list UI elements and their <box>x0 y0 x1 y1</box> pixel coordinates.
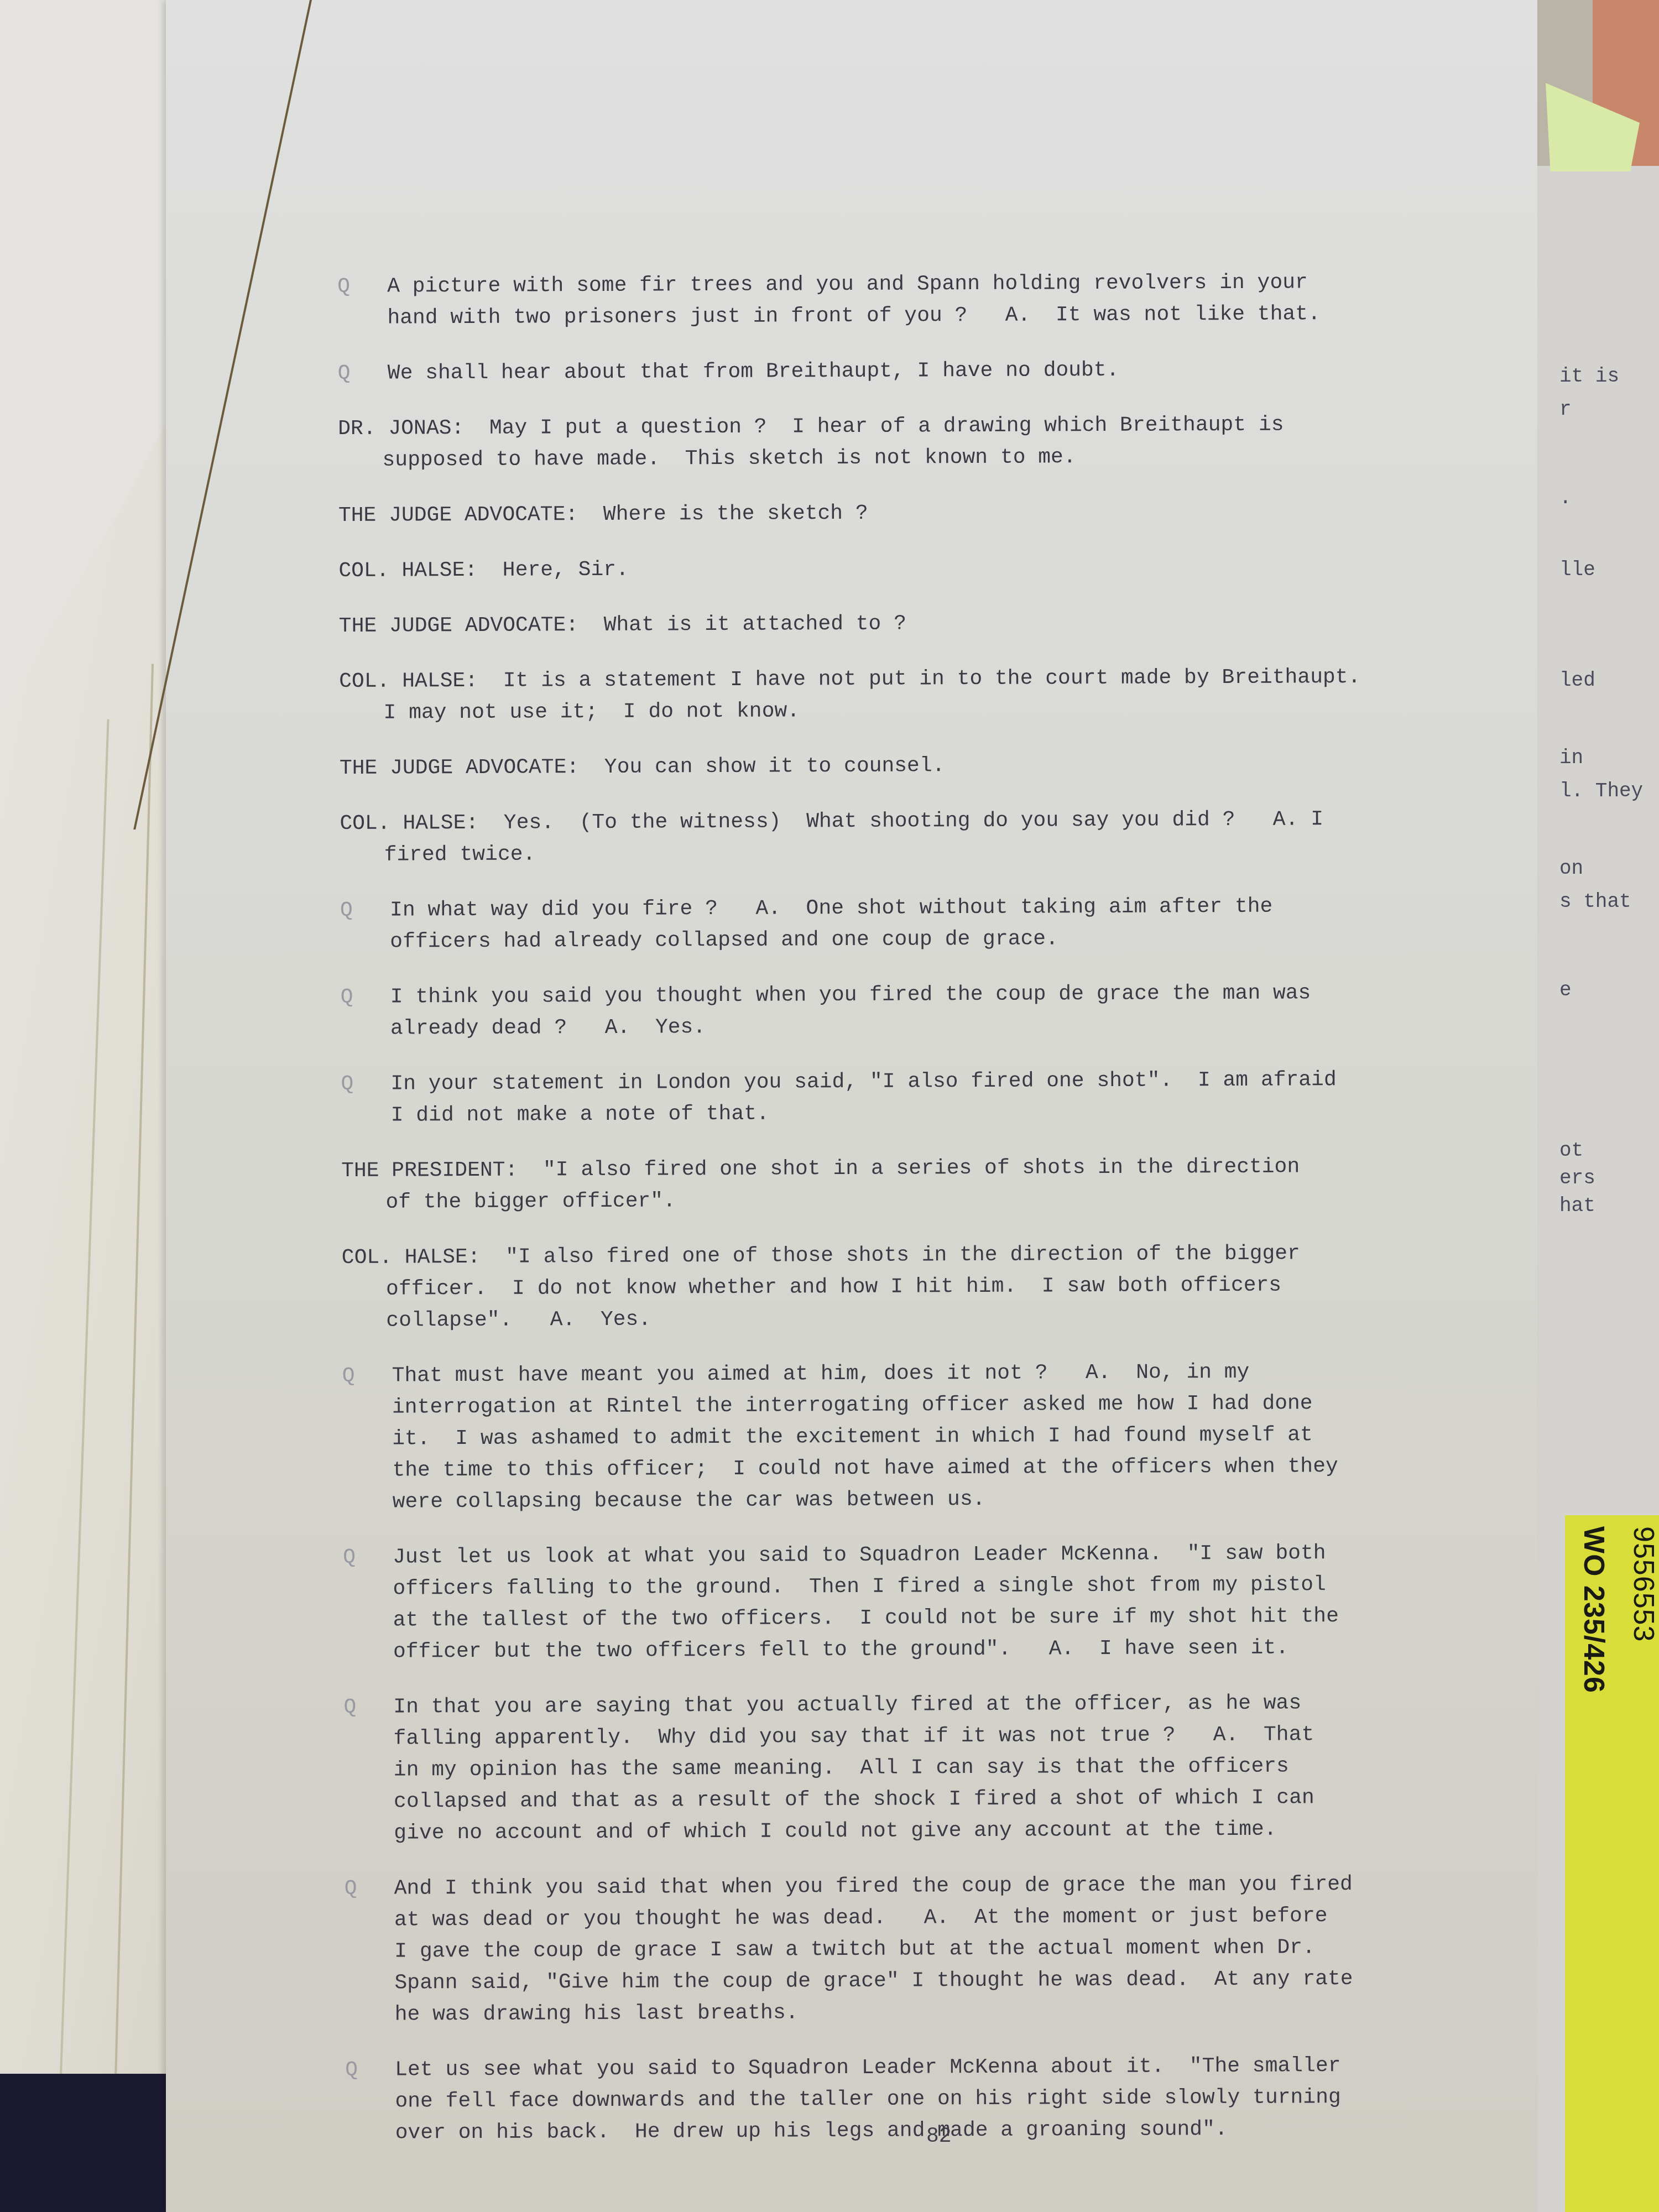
bleed-fragment: in <box>1559 747 1583 769</box>
transcript-line: COL. HALSE: It is a statement I have not… <box>339 661 1511 697</box>
speaker-entry: DR. JONAS: May I put a question ? I hear… <box>338 408 1510 476</box>
transcript-line: I did not make a note of that. <box>341 1095 1514 1131</box>
bleed-fragment: ot <box>1559 1139 1583 1162</box>
transcript-line: supposed to have made. This sketch is no… <box>338 440 1510 476</box>
speaker-entry: THE PRESIDENT: "I also fired one shot in… <box>341 1150 1514 1218</box>
speaker-entry: THE JUDGE ADVOCATE: You can show it to c… <box>340 748 1512 784</box>
question-entry: QIn your statement in London you said, "… <box>341 1063 1513 1131</box>
speaker-entry: THE JUDGE ADVOCATE: What is it attached … <box>339 606 1511 642</box>
transcript-line: the time to this officer; I could not ha… <box>342 1450 1515 1486</box>
question-marker: Q <box>345 1873 357 1905</box>
bleed-fragment: l. They <box>1559 780 1643 802</box>
transcript-line: Spann said, "Give him the coup de grace"… <box>345 1963 1517 1999</box>
transcript-line: of the bigger officer". <box>341 1182 1514 1218</box>
question-entry: QI think you said you thought when you f… <box>341 977 1513 1045</box>
question-entry: QAnd I think you said that when you fire… <box>345 1868 1517 2031</box>
transcript-line: Just let us look at what you said to Squ… <box>343 1537 1515 1573</box>
transcript-line: officer. I do not know whether and how I… <box>342 1269 1514 1305</box>
transcript-line: I think you said you thought when you fi… <box>341 977 1513 1013</box>
transcript-line: A picture with some fir trees and you an… <box>337 266 1510 302</box>
question-entry: QWe shall hear about that from Breithaup… <box>338 353 1510 389</box>
transcript-line: were collapsing because the car was betw… <box>343 1481 1515 1518</box>
transcript-line: already dead ? A. Yes. <box>341 1008 1513 1045</box>
question-entry: QIn what way did you fire ? A. One shot … <box>340 890 1512 958</box>
question-marker: Q <box>342 1360 355 1392</box>
transcript-line: In what way did you fire ? A. One shot w… <box>340 890 1512 926</box>
transcript-line: one fell face downwards and the taller o… <box>345 2081 1517 2117</box>
transcript-line: give no account and of which I could not… <box>344 1813 1516 1849</box>
question-marker: Q <box>345 2054 358 2086</box>
archive-reference-label: 9556553 WO 235/426 <box>1565 1515 1659 2212</box>
question-entry: QThat must have meant you aimed at him, … <box>342 1355 1515 1518</box>
question-marker: Q <box>337 271 350 302</box>
question-marker: Q <box>341 982 353 1013</box>
transcript-line: In that you are saying that you actually… <box>343 1687 1516 1723</box>
transcript-line: COL. HALSE: Yes. (To the witness) What s… <box>340 803 1512 839</box>
transcript-line: THE JUDGE ADVOCATE: What is it attached … <box>339 606 1511 642</box>
transcript-line: DR. JONAS: May I put a question ? I hear… <box>338 408 1510 445</box>
question-marker: Q <box>343 1692 356 1723</box>
transcript-line: We shall hear about that from Breithaupt… <box>338 353 1510 389</box>
transcript-line: collapse". A. Yes. <box>342 1300 1514 1337</box>
transcript-line: at the tallest of the two officers. I co… <box>343 1600 1516 1636</box>
bleed-fragment: s that <box>1559 890 1631 913</box>
page-number: 82 <box>926 2125 952 2148</box>
transcript-line: And I think you said that when you fired… <box>345 1868 1517 1905</box>
bleed-fragment: . <box>1559 487 1572 509</box>
transcript-line: falling apparently. Why did you say that… <box>343 1718 1516 1755</box>
bleed-fragment: e <box>1559 979 1572 1001</box>
transcript-line: in my opinion has the same meaning. All … <box>344 1750 1516 1786</box>
bleed-fragment: led <box>1559 669 1595 692</box>
transcript-line: THE JUDGE ADVOCATE: You can show it to c… <box>340 748 1512 784</box>
catalogue-reference: WO 235/426 <box>1577 1526 1610 1693</box>
transcript-line: it. I was ashamed to admit the excitemen… <box>342 1418 1515 1455</box>
speaker-entry: COL. HALSE: Here, Sir. <box>338 550 1511 587</box>
bleed-fragment: ers <box>1559 1167 1595 1190</box>
transcript-line: I gave the coup de grace I saw a twitch … <box>345 1931 1517 1968</box>
transcript-line: That must have meant you aimed at him, d… <box>342 1355 1515 1392</box>
transcript-line: THE JUDGE ADVOCATE: Where is the sketch … <box>338 495 1511 531</box>
bleed-fragment: hat <box>1559 1194 1595 1217</box>
transcript-line: hand with two prisoners just in front of… <box>337 298 1510 334</box>
transcript-line: he was drawing his last breaths. <box>345 1994 1517 2031</box>
transcript-line: officers had already collapsed and one c… <box>340 921 1512 958</box>
speaker-entry: THE JUDGE ADVOCATE: Where is the sketch … <box>338 495 1511 531</box>
transcript-line: interrogation at Rintel the interrogatin… <box>342 1387 1515 1423</box>
bleed-fragment: lle <box>1559 559 1595 581</box>
transcript-line: I may not use it; I do not know. <box>339 692 1511 729</box>
question-marker: Q <box>343 1542 356 1573</box>
question-marker: Q <box>340 895 353 926</box>
bleed-fragment: it is <box>1559 365 1619 388</box>
question-entry: QIn that you are saying that you actuall… <box>343 1687 1516 1849</box>
transcript-line: COL. HALSE: "I also fired one of those s… <box>342 1237 1514 1274</box>
transcript-line: COL. HALSE: Here, Sir. <box>338 550 1511 587</box>
transcript-line: officer but the two officers fell to the… <box>343 1631 1516 1668</box>
question-marker: Q <box>341 1068 353 1100</box>
transcript-line: In your statement in London you said, "I… <box>341 1063 1513 1100</box>
speaker-entry: COL. HALSE: Yes. (To the witness) What s… <box>340 803 1512 871</box>
bleed-fragment: r <box>1559 398 1572 421</box>
reference-number: 9556553 <box>1627 1526 1659 1642</box>
question-marker: Q <box>338 358 351 389</box>
dark-background <box>0 2074 188 2212</box>
transcript-line: THE PRESIDENT: "I also fired one shot in… <box>341 1150 1514 1187</box>
speaker-entry: COL. HALSE: "I also fired one of those s… <box>342 1237 1515 1337</box>
transcript-line: officers falling to the ground. Then I f… <box>343 1568 1515 1605</box>
speaker-entry: COL. HALSE: It is a statement I have not… <box>339 661 1511 729</box>
transcript-line: collapsed and that as a result of the sh… <box>344 1781 1516 1818</box>
question-entry: QA picture with some fir trees and you a… <box>337 266 1510 334</box>
transcript-line: fired twice. <box>340 834 1512 871</box>
transcript-line: at was dead or you thought he was dead. … <box>345 1900 1517 1936</box>
bleed-fragment: on <box>1559 857 1583 880</box>
transcript-body: QA picture with some fir trees and you a… <box>337 266 1518 2173</box>
transcript-line: Let us see what you said to Squadron Lea… <box>345 2049 1517 2086</box>
question-entry: QJust let us look at what you said to Sq… <box>343 1537 1516 1668</box>
